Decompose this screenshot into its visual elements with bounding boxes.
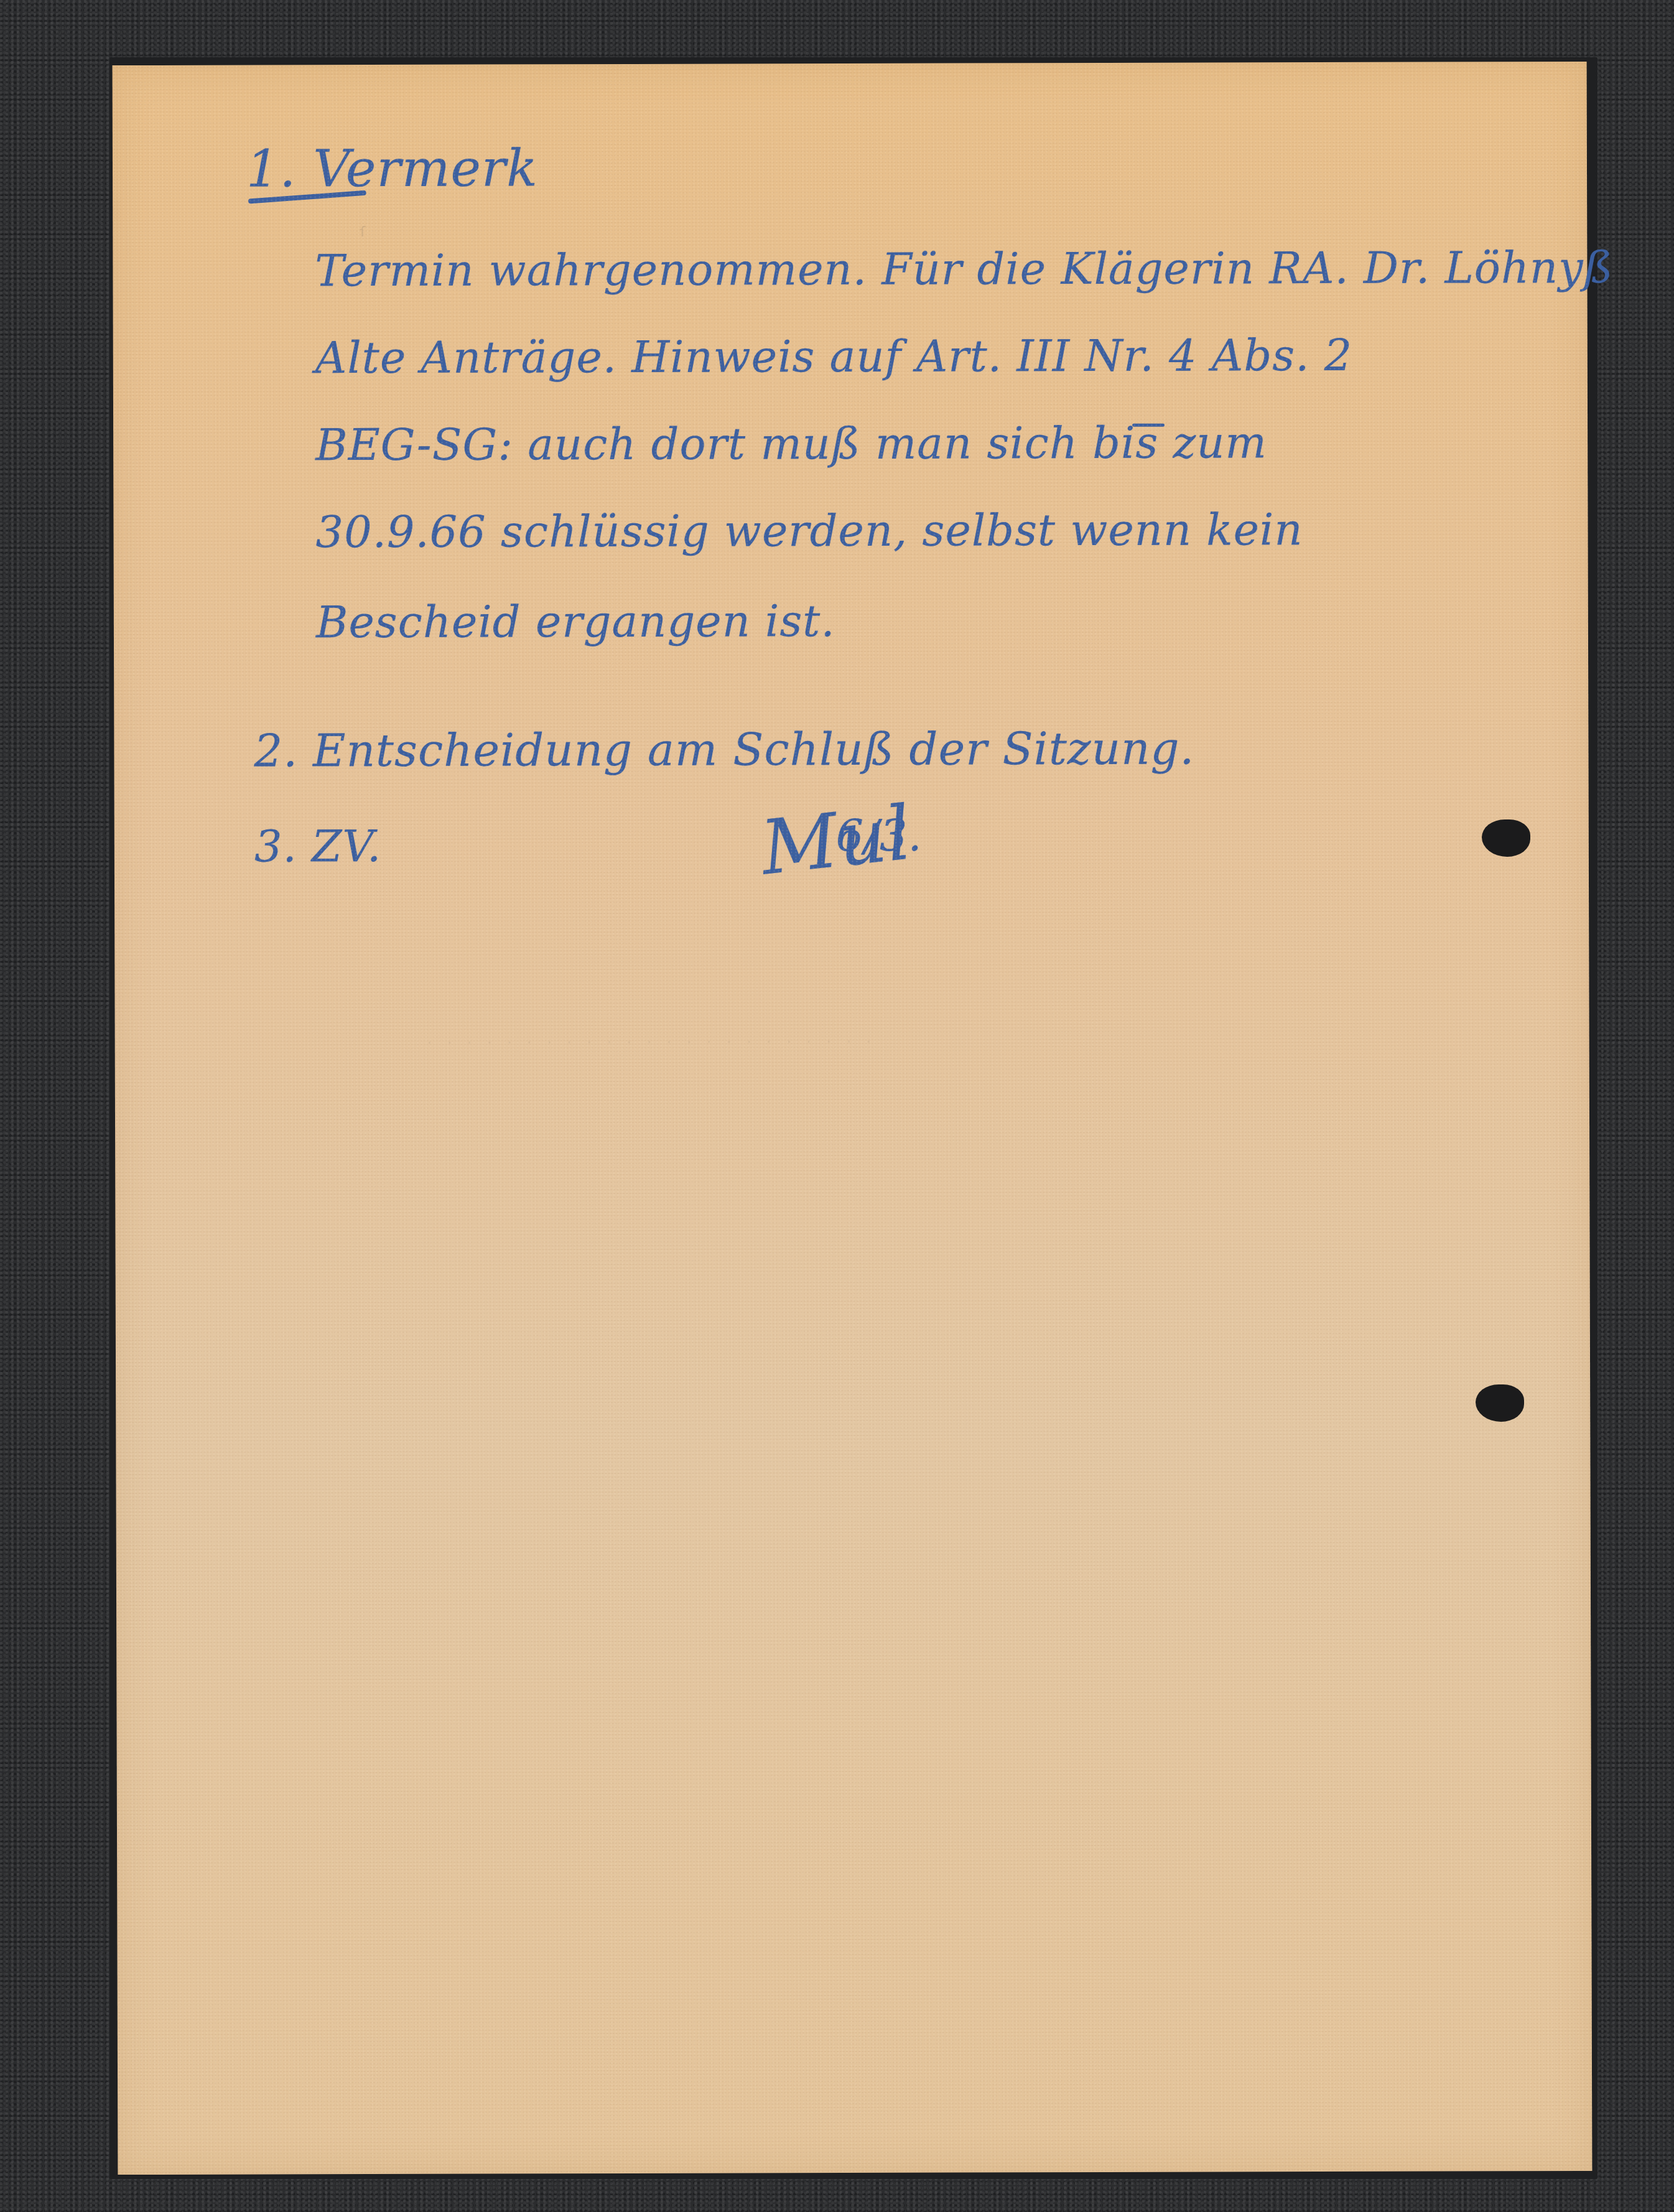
- note-line: Bescheid ergangen ist.: [316, 595, 835, 648]
- document-page: ſ͏ ͏ ͏ ͏ · · · · · · · · · · · · · · · ·…: [113, 62, 1593, 2175]
- faint-bleedthrough: · · · · · · · · · · · · · · · · · · · · …: [426, 1033, 1266, 1054]
- note-line: Alte Anträge. Hinweis auf Art. III Nr. 4…: [315, 330, 1353, 383]
- item-text: Entscheidung am Schluß der Sitzung.: [313, 722, 1195, 777]
- punch-hole-icon: [1476, 1384, 1524, 1422]
- note-line: Termin wahrgenommen. Für die Klägerin RA…: [315, 242, 1613, 296]
- list-item-2: 2. Entscheidung am Schluß der Sitzung.: [254, 722, 1194, 777]
- list-item-3: 3. ZV.: [254, 821, 381, 872]
- signature-date: 6/3.: [836, 810, 923, 861]
- punch-hole-icon: [1482, 819, 1530, 857]
- item-text: ZV.: [312, 821, 381, 872]
- note-heading: 1. Vermerk: [246, 139, 538, 198]
- item-number: 2.: [254, 724, 298, 777]
- note-line: 30.9.66 schlüssig werden, selbst wenn ke…: [315, 504, 1303, 558]
- item-number: 3.: [254, 821, 297, 872]
- note-line: BEG-SG: auch dort muß man sich bis zum: [315, 417, 1267, 470]
